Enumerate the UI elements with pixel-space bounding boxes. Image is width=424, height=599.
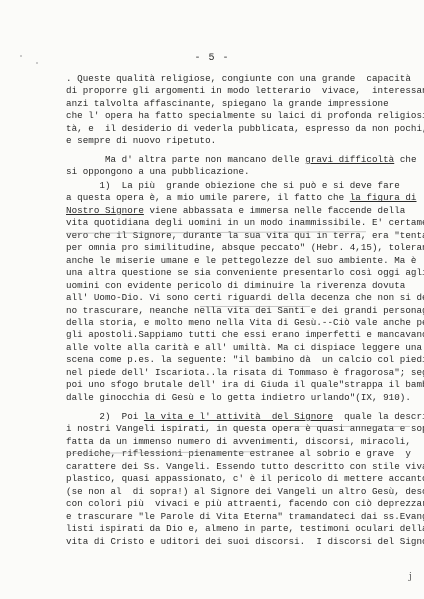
text-segment: (se non al di sopra!) al Signore dei Van… (66, 486, 424, 497)
text-segment: vita quotidiana degli uomini in un modo … (66, 217, 424, 228)
text-line: 1) La più grande obiezione che si può e … (66, 180, 400, 192)
scan-speck (36, 62, 38, 64)
underlined-phrase: la figura di (350, 192, 417, 203)
text-line: che l' opera ha fatto specialmente su la… (66, 110, 424, 122)
text-segment: 1) La più grande obiezione che si può e … (66, 180, 400, 191)
text-line: anche le miserie umane e le pettegolezze… (66, 255, 417, 267)
text-segment: dalle ginocchia di Gesù e lo getta indie… (66, 392, 411, 403)
text-segment: viene abbassata e immersa nelle faccende… (144, 205, 405, 216)
text-line: anzi talvolta affascinante, spiegano la … (66, 98, 389, 110)
text-segment: quale la descrive (333, 411, 424, 422)
text-line: fatta da un immenso numero di avveniment… (66, 436, 411, 448)
pen-stroke (200, 306, 310, 307)
text-line: dalle ginocchia di Gesù e lo getta indie… (66, 392, 411, 404)
underlined-phrase: gravi difficoltà (305, 154, 394, 165)
text-segment: uomini con evidente pericolo di diminuir… (66, 280, 405, 291)
text-line: si oppongono a una pubblicazione. (66, 166, 250, 178)
text-segment: gli apostoli.Sappiamo tutti che essi era… (66, 329, 424, 340)
text-segment: fatta da un immenso numero di avveniment… (66, 436, 411, 447)
text-line: e trascurare "le Parole di Vita Eterna" … (66, 511, 424, 523)
text-line: una altra questione se sia conveniente p… (66, 267, 424, 279)
text-segment: anche le miserie umane e le pettegolezze… (66, 255, 417, 266)
text-segment: nel piede dell' Iscariota..la risata di … (66, 367, 424, 378)
text-line: della storia, e molto meno nella Vita di… (66, 317, 424, 329)
text-line: gli apostoli.Sappiamo tutti che essi era… (66, 329, 424, 341)
text-segment: vita di Cristo e uditori dei suoi discor… (66, 536, 424, 547)
text-segment: carattere dei Ss. Vangeli. Essendo tutto… (66, 461, 424, 472)
text-line: carattere dei Ss. Vangeli. Essendo tutto… (66, 461, 424, 473)
text-line: (se non al di sopra!) al Signore dei Van… (66, 486, 424, 498)
text-line: alle volte alla carità e all' umiltà. Ma… (66, 342, 422, 354)
text-line: per omnia pro similitudine, absque pecca… (66, 242, 424, 254)
text-segment: 2) Poi (66, 411, 144, 422)
text-line: all' Uomo-Dio. Vi sono certi riguardi de… (66, 292, 424, 304)
text-line: scena come p.es. la seguente: "il bambin… (66, 354, 424, 366)
text-segment: listi ispirati da Dio e, almeno in parte… (66, 523, 424, 534)
text-segment: anzi talvolta affascinante, spiegano la … (66, 98, 389, 109)
text-line: uomini con evidente pericolo di diminuir… (66, 280, 405, 292)
underlined-phrase: la vita e l' attività del Signore (144, 411, 333, 422)
pen-stroke (290, 426, 410, 427)
text-line: prediche, riflessioni pienamente estrane… (66, 448, 411, 460)
text-segment: all' Uomo-Dio. Vi sono certi riguardi de… (66, 292, 424, 303)
text-segment: poi uno sfogo brutale dell' ira di Giuda… (66, 379, 424, 390)
text-line: e sempre di nuovo ripetuto. (66, 135, 216, 147)
text-segment: che l' opera ha fatto specialmente su la… (66, 110, 424, 121)
text-segment: e trascurare "le Parole di Vita Eterna" … (66, 511, 424, 522)
text-segment: per omnia pro similitudine, absque pecca… (66, 242, 424, 253)
text-segment: prediche, riflessioni pienamente estrane… (66, 448, 411, 459)
scan-speck (20, 55, 22, 57)
text-line: plastico, quasi appassionato, c' è il pe… (66, 473, 424, 485)
text-segment: a questa opera è, a mio umile parere, il… (66, 192, 350, 203)
text-segment: si oppongono a una pubblicazione. (66, 166, 250, 177)
text-line: poi uno sfogo brutale dell' ira di Giuda… (66, 379, 424, 391)
text-segment: plastico, quasi appassionato, c' è il pe… (66, 473, 424, 484)
text-line: tà, e il desiderio di vederla pubblicata… (66, 123, 424, 135)
text-line: Ma d' altra parte non mancano delle grav… (66, 154, 417, 166)
text-segment: con colori più vivaci e più attraenti, f… (66, 498, 424, 509)
text-line: 2) Poi la vita e l' attività del Signore… (66, 411, 424, 423)
text-segment: . Queste qualità religiose, congiunte co… (66, 73, 411, 84)
underlined-phrase: Nostro Signore (66, 205, 144, 216)
text-line: a questa opera è, a mio umile parere, il… (66, 192, 417, 204)
text-line: listi ispirati da Dio e, almeno in parte… (66, 523, 424, 535)
text-line: vita quotidiana degli uomini in un modo … (66, 217, 424, 229)
text-line: di proporre gli argomenti in modo letter… (66, 85, 424, 97)
text-segment: alle volte alla carità e all' umiltà. Ma… (66, 342, 422, 353)
text-segment: tà, e il desiderio di vederla pubblicata… (66, 123, 424, 134)
text-line: nel piede dell' Iscariota..la risata di … (66, 367, 424, 379)
text-segment: della storia, e molto meno nella Vita di… (66, 317, 424, 328)
text-segment: e sempre di nuovo ripetuto. (66, 135, 216, 146)
text-segment: che (394, 154, 416, 165)
text-line: . Queste qualità religiose, congiunte co… (66, 73, 411, 85)
margin-mark: j (409, 572, 412, 582)
page-number: - 5 - (0, 53, 424, 64)
text-segment: una altra questione se sia conveniente p… (66, 267, 424, 278)
text-segment: Ma d' altra parte non mancano delle (66, 154, 305, 165)
text-segment: di proporre gli argomenti in modo letter… (66, 85, 424, 96)
text-line: con colori più vivaci e più attraenti, f… (66, 498, 424, 510)
text-line: vita di Cristo e uditori dei suoi discor… (66, 536, 424, 548)
text-segment: scena come p.es. la seguente: "il bambin… (66, 354, 424, 365)
text-line: Nostro Signore viene abbassata e immersa… (66, 205, 405, 217)
